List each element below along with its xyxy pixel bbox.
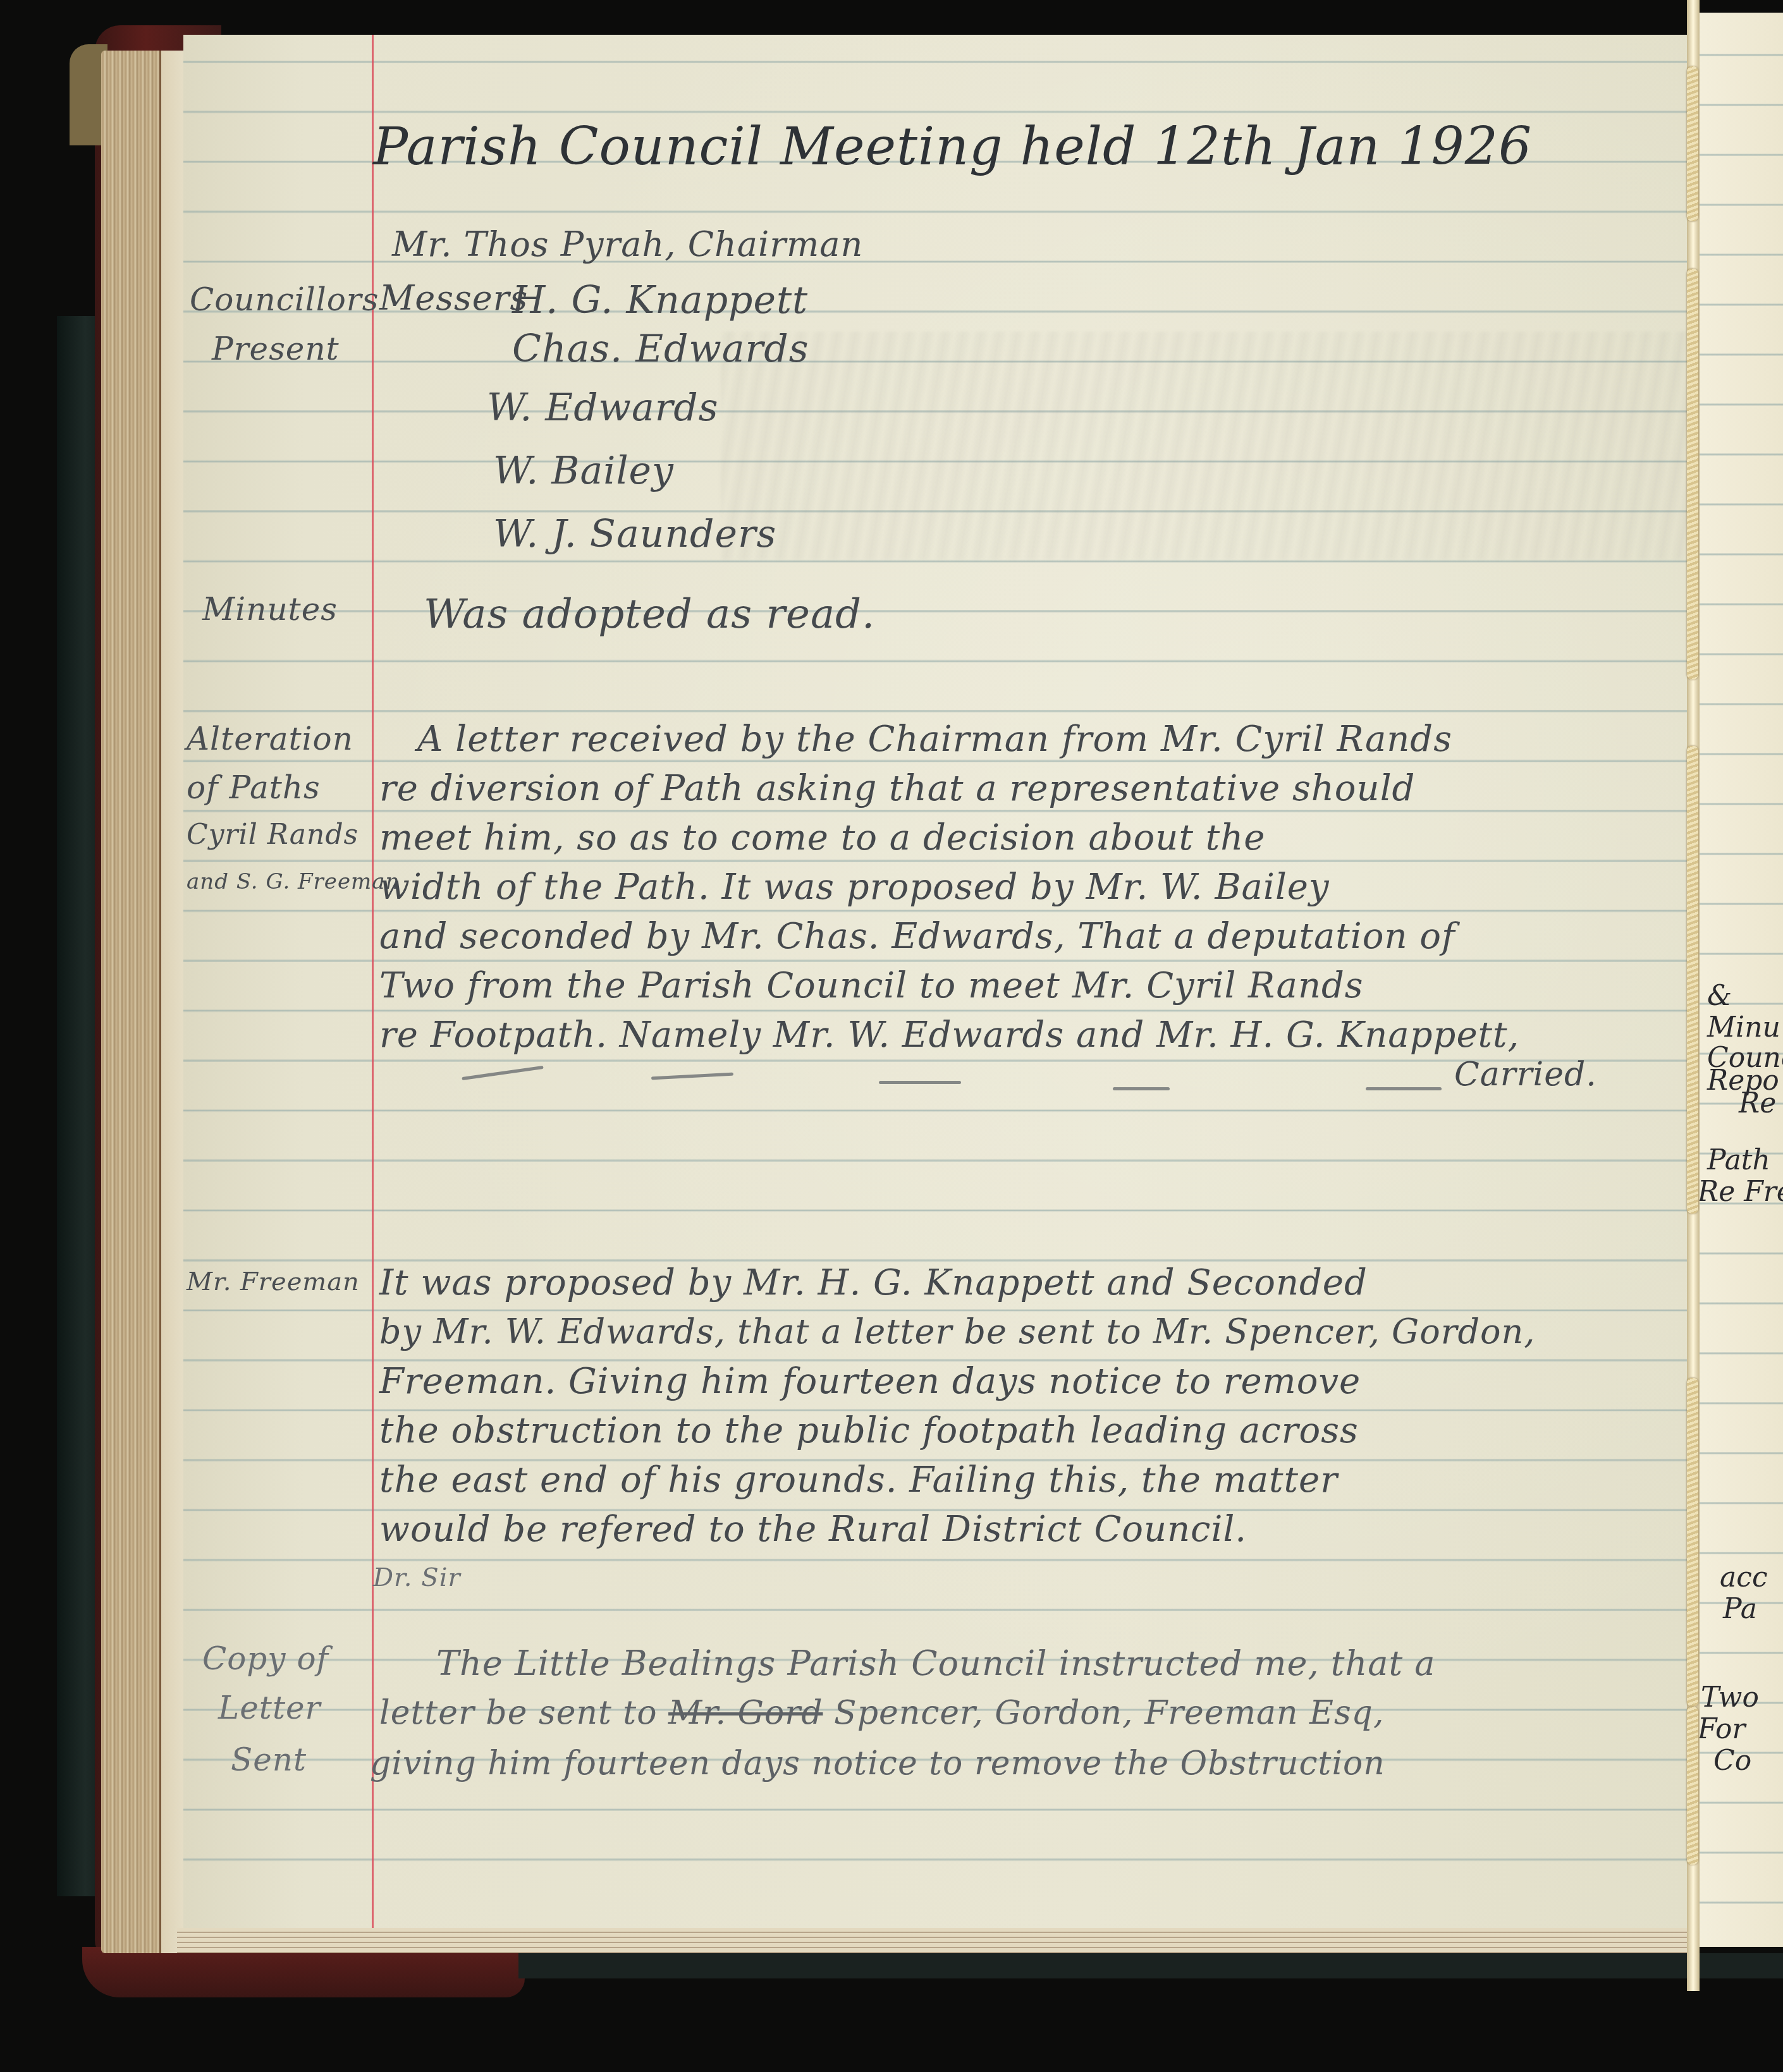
letter-line: letter be sent to Mr. Gord Spencer, Gord…	[379, 1694, 1384, 1732]
freeman-line: the obstruction to the public footpath l…	[379, 1410, 1359, 1451]
member-name: Chas. Edwards	[512, 327, 809, 371]
freeman-line: the east end of his grounds. Failing thi…	[379, 1460, 1338, 1501]
adjacent-page-sliver: & Minu Counc Repo Re Path Re Fre acc Pa …	[1694, 13, 1783, 1947]
adjacent-fragment: Re Fre	[1698, 1176, 1783, 1208]
book-cover-bottom-edge	[82, 1947, 525, 1997]
margin-note-mr-freeman: Mr. Freeman	[187, 1267, 360, 1296]
margin-note-alteration: Alteration	[187, 721, 353, 757]
margin-note-letter: Letter	[218, 1690, 321, 1726]
ink-bleed-through	[721, 332, 1783, 559]
member-name: W. Edwards	[487, 386, 719, 430]
adjacent-fragment: acc	[1720, 1561, 1768, 1594]
margin-note-cyril-rands: Cyril Rands	[187, 819, 358, 851]
margin-note-of-paths: of Paths	[187, 769, 321, 806]
struck-out-text: Mr. Gord	[668, 1694, 823, 1732]
adjacent-fragment: Path	[1707, 1144, 1770, 1176]
adjacent-fragment: Two	[1701, 1681, 1759, 1714]
freeman-line: would be refered to the Rural District C…	[379, 1509, 1247, 1550]
margin-note-present: Present	[212, 331, 340, 367]
margin-note-sent: Sent	[231, 1741, 307, 1778]
page-stack-edge	[101, 51, 187, 1953]
flourish-dash	[1113, 1087, 1170, 1090]
letter-salutation: Dr. Sir	[373, 1563, 461, 1592]
freeman-line: by Mr. W. Edwards, that a letter be sent…	[379, 1312, 1536, 1351]
binding-stitch	[1687, 269, 1698, 679]
minutes-adopted-text: Was adopted as read.	[424, 591, 875, 638]
member-name: W. Bailey	[493, 449, 674, 493]
adjacent-fragment: For	[1698, 1713, 1746, 1745]
adjacent-fragment: &	[1707, 980, 1732, 1012]
book-cover-bottom-cloth	[518, 1953, 1783, 1978]
paths-line: Two from the Parish Council to meet Mr. …	[379, 965, 1364, 1006]
binding-stitch	[1687, 66, 1698, 221]
letter-line-end: Spencer, Gordon, Freeman Esq,	[834, 1694, 1384, 1732]
letter-line: giving him fourteen days notice to remov…	[370, 1745, 1385, 1783]
freeman-line: Freeman. Giving him fourteen days notice…	[379, 1361, 1361, 1402]
paths-line: re Footpath. Namely Mr. W. Edwards and M…	[379, 1015, 1519, 1056]
freeman-line: It was proposed by Mr. H. G. Knappett an…	[379, 1262, 1368, 1303]
motion-result-carried: Carried.	[1454, 1056, 1597, 1094]
red-margin-rule	[372, 35, 374, 1928]
paths-line: meet him, so as to come to a decision ab…	[379, 817, 1265, 858]
binding-stitch	[1687, 746, 1698, 1214]
margin-note-councillors: Councillors	[190, 281, 379, 318]
page-title: Parish Council Meeting held 12th Jan 192…	[373, 117, 1532, 177]
adjacent-fragment: Re	[1739, 1087, 1776, 1119]
margin-note-copy-of: Copy of	[202, 1640, 329, 1677]
paths-line: re diversion of Path asking that a repre…	[379, 768, 1415, 809]
binding-stitch	[1687, 1707, 1698, 1865]
margin-note-and-sg-freeman: and S. G. Freeman	[187, 869, 400, 894]
attendance-prefix: Messers	[379, 278, 528, 318]
ledger-page: Parish Council Meeting held 12th Jan 192…	[183, 35, 1694, 1928]
margin-note-minutes: Minutes	[202, 591, 338, 628]
adjacent-fragment: Minu	[1707, 1011, 1780, 1044]
flourish-dash	[879, 1081, 961, 1084]
paths-line: and seconded by Mr. Chas. Edwards, That …	[379, 916, 1455, 957]
adjacent-fragment: Pa	[1723, 1593, 1757, 1625]
flourish-dash	[1366, 1087, 1442, 1090]
member-name: H. G. Knappett	[512, 278, 808, 322]
letter-line: The Little Bealings Parish Council instr…	[436, 1643, 1436, 1683]
paths-line: A letter received by the Chairman from M…	[417, 719, 1452, 760]
adjacent-fragment: Co	[1713, 1745, 1751, 1777]
letter-line-start: letter be sent to	[379, 1694, 658, 1732]
member-name: W. J. Saunders	[493, 512, 776, 556]
page-stack-bottom	[177, 1928, 1694, 1953]
paths-line: width of the Path. It was proposed by Mr…	[379, 867, 1330, 908]
chairman-line: Mr. Thos Pyrah, Chairman	[392, 224, 863, 264]
binding-stitch	[1687, 1378, 1698, 1707]
